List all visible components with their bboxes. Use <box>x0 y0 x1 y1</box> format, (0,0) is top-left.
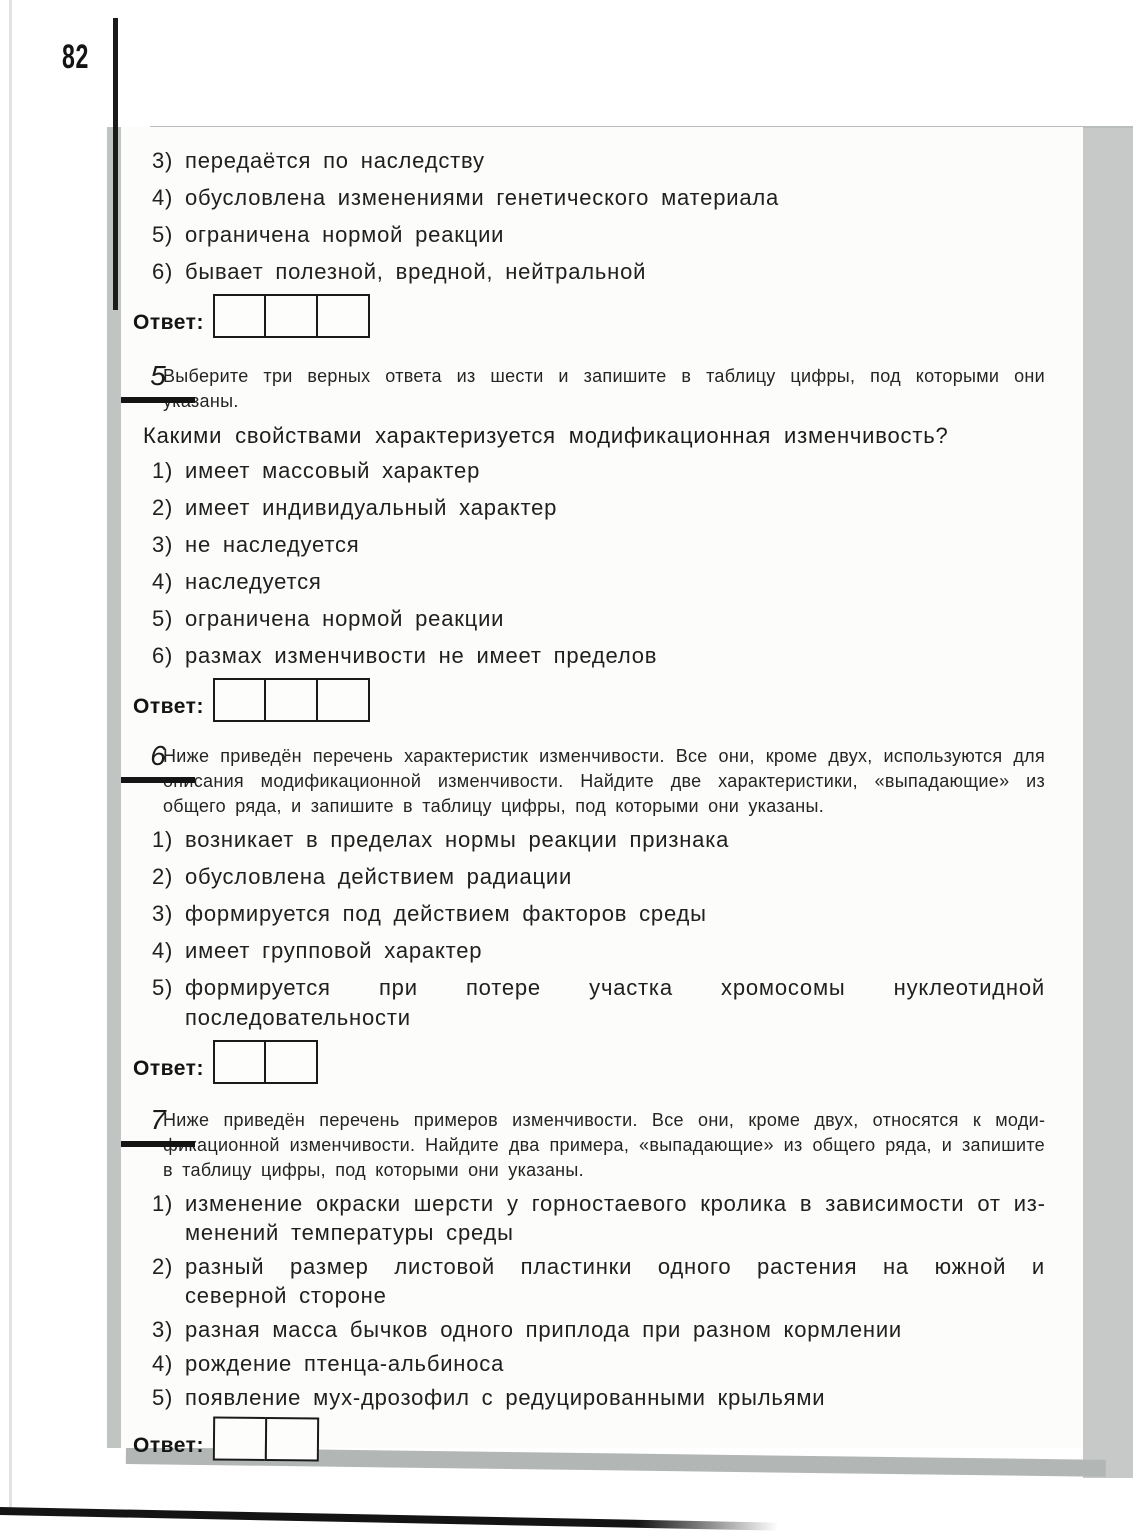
answer-cell <box>213 1417 267 1461</box>
option-number: 3) <box>152 530 185 560</box>
question-options: 1) имеет массовый характер 2) имеет инди… <box>152 456 1045 671</box>
question-options: 1) изменение окраски шерсти у горностаев… <box>152 1189 1045 1412</box>
option-number: 4) <box>152 183 185 213</box>
answer-cell <box>213 1040 267 1084</box>
option-number: 1) <box>152 825 185 855</box>
option-row: 4) имеет групповой характер <box>152 936 1045 966</box>
question-number-marker: 5 <box>121 360 195 403</box>
workbook-sheet: 3) передаётся по наследству 4) обусловле… <box>121 127 1083 1448</box>
question-intro: Ниже приведён перечень характеристик изм… <box>163 744 1045 819</box>
option-number: 3) <box>152 146 185 176</box>
option-row: 4) обусловлена изменениями генетического… <box>152 183 1045 213</box>
answer-cell <box>213 678 267 722</box>
option-row: 5) ограничена нормой реакции <box>152 604 1045 634</box>
option-row: 3) разная масса бычков одного приплода п… <box>152 1315 1045 1344</box>
answer-boxes <box>213 294 370 338</box>
option-number: 3) <box>152 1315 185 1344</box>
option-text: наследуется <box>185 567 1045 597</box>
answer-cell <box>264 678 318 722</box>
answer-cell <box>316 294 370 338</box>
question-intro: Ниже приведён перечень примеров изменчив… <box>163 1108 1045 1183</box>
option-text: появление мух-дрозофил с редуцированными… <box>185 1383 1045 1412</box>
scan-edge-artifact <box>9 0 12 1508</box>
option-row: 1) имеет массовый характер <box>152 456 1045 486</box>
question-stem: Какими свойствами характеризуется модифи… <box>143 423 1045 449</box>
answer-row: Ответ: <box>133 1417 1045 1461</box>
answer-label: Ответ: <box>133 695 204 722</box>
option-text: возникает в пределах нормы реакции призн… <box>185 825 1045 855</box>
option-number: 2) <box>152 1252 185 1310</box>
answer-label: Ответ: <box>133 311 204 338</box>
option-number: 1) <box>152 1189 185 1247</box>
answer-row: Ответ: <box>133 294 1045 338</box>
question-intro: Выберите три верных ответа из шести и за… <box>163 364 1045 414</box>
option-row: 6) размах изменчивости не имеет пределов <box>152 641 1045 671</box>
option-text: имеет групповой характер <box>185 936 1045 966</box>
scan-binding-line <box>0 1507 778 1531</box>
question-number-marker: 7 <box>121 1104 195 1147</box>
option-text: имеет индивидуальный характер <box>185 493 1045 523</box>
option-text: изменение окраски шерсти у горностаевого… <box>185 1189 1045 1247</box>
question-5: 5 Выберите три верных ответа из шести и … <box>152 364 1045 722</box>
option-row: 5) появление мух-дрозофил с редуцированн… <box>152 1383 1045 1412</box>
option-text: размах изменчивости не имеет пределов <box>185 641 1045 671</box>
option-number: 2) <box>152 493 185 523</box>
sheet-content: 3) передаётся по наследству 4) обусловле… <box>121 127 1083 1461</box>
option-number: 3) <box>152 899 185 929</box>
option-number: 4) <box>152 1349 185 1378</box>
option-text: не наследуется <box>185 530 1045 560</box>
option-row: 6) бывает полезной, вредной, нейтральной <box>152 257 1045 287</box>
scan-shadow-left <box>107 127 121 1448</box>
option-row: 3) передаётся по наследству <box>152 146 1045 176</box>
option-text: ограничена нормой реакции <box>185 220 1045 250</box>
option-row: 1) изменение окраски шерсти у горностаев… <box>152 1189 1045 1247</box>
answer-boxes <box>213 1040 319 1084</box>
question-options: 1) возникает в пределах нормы реакции пр… <box>152 825 1045 1033</box>
option-text: передаётся по наследству <box>185 146 1045 176</box>
option-number: 5) <box>152 1383 185 1412</box>
option-text: разная масса бычков одного приплода при … <box>185 1315 1045 1344</box>
answer-boxes <box>213 678 370 722</box>
question-number: 7 <box>150 1104 166 1135</box>
answer-label: Ответ: <box>133 1057 204 1084</box>
answer-cell <box>264 1040 318 1084</box>
option-row: 1) возникает в пределах нормы реакции пр… <box>152 825 1045 855</box>
answer-cell <box>213 294 267 338</box>
option-number: 5) <box>152 973 185 1033</box>
margin-rule-line <box>113 18 118 310</box>
option-text: обусловлена изменениями генетического ма… <box>185 183 1045 213</box>
option-text: разный размер листовой пластинки одного … <box>185 1252 1045 1310</box>
option-text: формируется под действием факторов среды <box>185 899 1045 929</box>
option-number: 2) <box>152 862 185 892</box>
question-6: 6 Ниже приведён перечень характеристик и… <box>152 744 1045 1084</box>
answer-cell <box>264 1417 318 1461</box>
option-number: 1) <box>152 456 185 486</box>
option-row: 2) разный размер листовой пластинки одно… <box>152 1252 1045 1310</box>
option-row: 3) формируется под действием факторов ср… <box>152 899 1045 929</box>
option-text: бывает полезной, вредной, нейтральной <box>185 257 1045 287</box>
page-number: 82 <box>62 38 89 77</box>
option-number: 5) <box>152 220 185 250</box>
option-row: 5) формируется при потере участка хромос… <box>152 973 1045 1033</box>
question-number-marker: 6 <box>121 740 195 783</box>
option-row: 4) рождение птенца-альбиноса <box>152 1349 1045 1378</box>
option-text: формируется при потере участка хромосомы… <box>185 973 1045 1033</box>
option-text: рождение птенца-альбиноса <box>185 1349 1045 1378</box>
answer-label: Ответ: <box>133 1434 204 1461</box>
answer-cell <box>264 294 318 338</box>
option-text: обусловлена действием радиации <box>185 862 1045 892</box>
option-text: ограничена нормой реакции <box>185 604 1045 634</box>
question-number: 5 <box>150 360 166 391</box>
option-row: 5) ограничена нормой реакции <box>152 220 1045 250</box>
answer-row: Ответ: <box>133 678 1045 722</box>
option-number: 4) <box>152 567 185 597</box>
question-7: 7 Ниже приведён перечень примеров изменч… <box>152 1108 1045 1461</box>
option-number: 5) <box>152 604 185 634</box>
scan-shadow-right <box>1083 128 1133 1478</box>
option-row: 2) имеет индивидуальный характер <box>152 493 1045 523</box>
option-number: 6) <box>152 257 185 287</box>
option-text: имеет массовый характер <box>185 456 1045 486</box>
option-number: 6) <box>152 641 185 671</box>
question-number: 6 <box>150 740 166 771</box>
answer-row: Ответ: <box>133 1040 1045 1084</box>
answer-boxes <box>213 1417 319 1462</box>
option-row: 3) не наследуется <box>152 530 1045 560</box>
option-row: 4) наследуется <box>152 567 1045 597</box>
prev-question-options: 3) передаётся по наследству 4) обусловле… <box>152 146 1045 287</box>
answer-cell <box>316 678 370 722</box>
option-row: 2) обусловлена действием радиации <box>152 862 1045 892</box>
scanned-page: 82 3) передаётся по наследству 4) обусло… <box>0 0 1137 1531</box>
option-number: 4) <box>152 936 185 966</box>
